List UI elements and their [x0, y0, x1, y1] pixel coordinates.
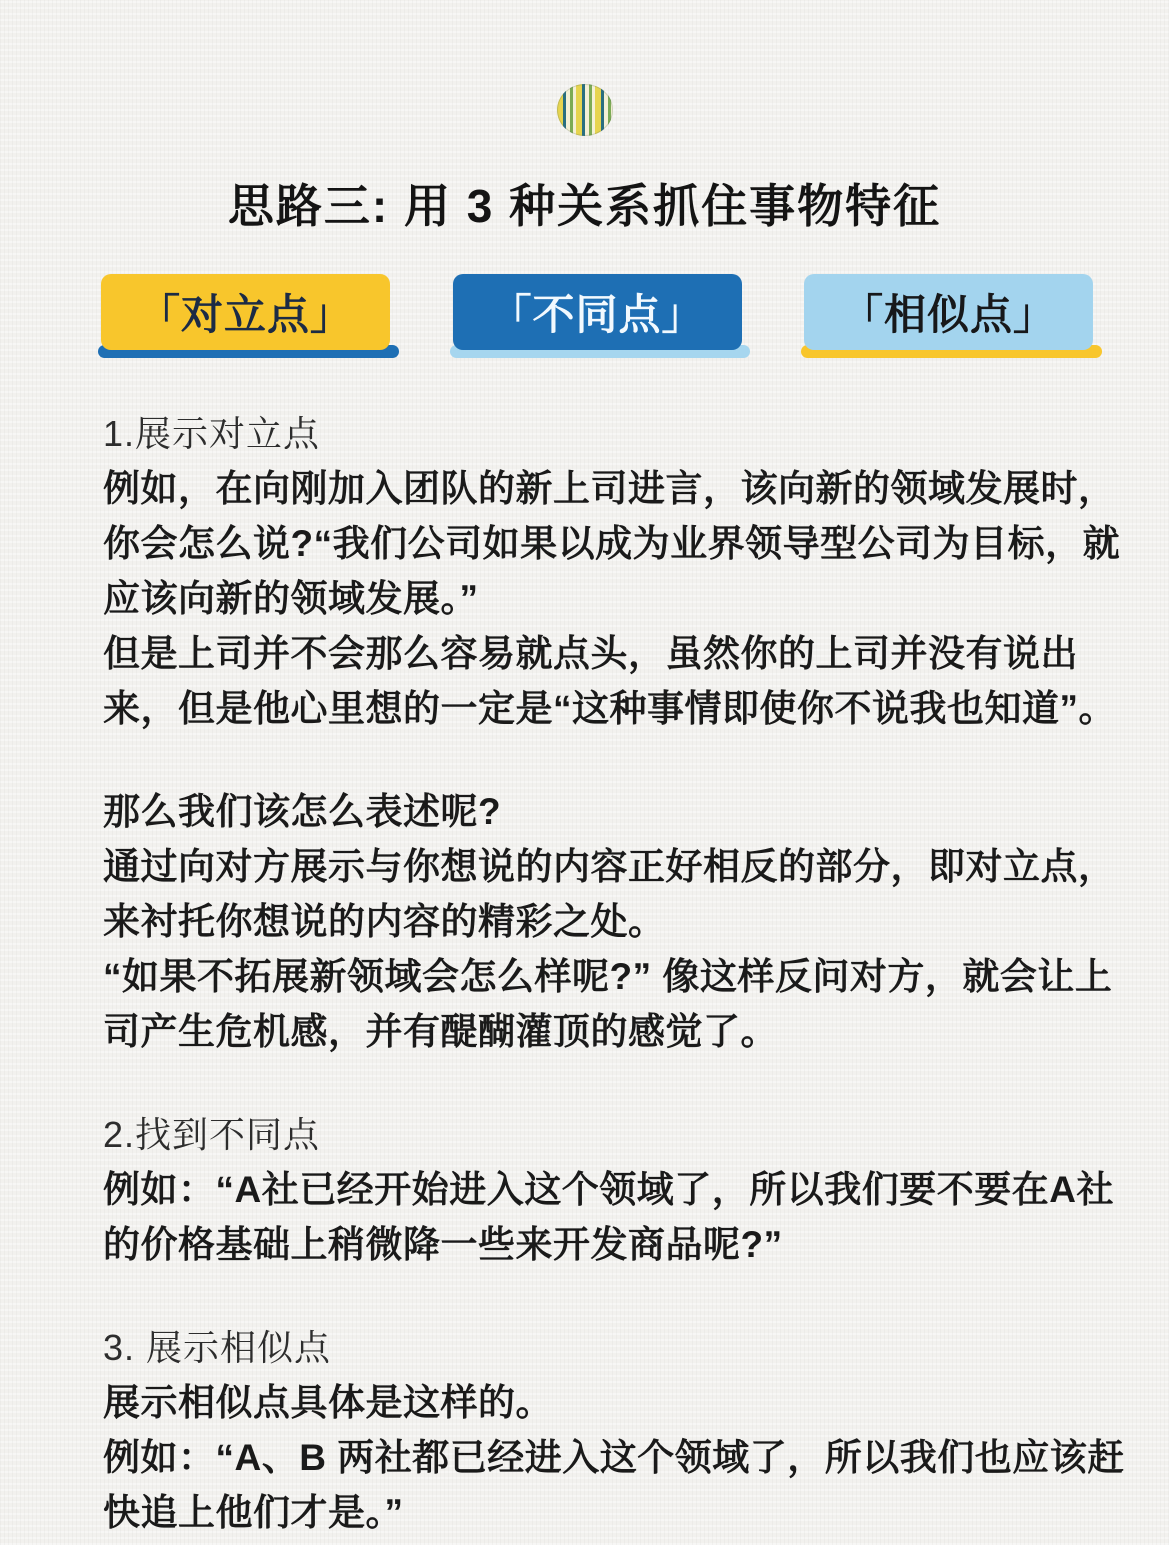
text-line: 来，但是他心里想的一定是“这种事情即使你不说我也知道”。 — [103, 681, 1084, 736]
text-line: 司产生危机感，并有醍醐灌顶的感觉了。 — [103, 1004, 1084, 1059]
page-title: 思路三: 用 3 种关系抓住事物特征 — [0, 170, 1169, 236]
section-3-similarity-points: 3. 展示相似点展示相似点具体是这样的。例如：“A、B 两社都已经进入这个领域了… — [103, 1320, 1084, 1540]
paragraph: 那么我们该怎么表述呢?通过向对方展示与你想说的内容正好相反的部分，即对立点，来衬… — [103, 784, 1084, 1059]
text-line: 但是上司并不会那么容易就点头，虽然你的上司并没有说出 — [103, 626, 1084, 681]
article-body: 1.展示对立点例如，在向刚加入团队的新上司进言，该向新的领域发展时，你会怎么说?… — [103, 406, 1084, 1540]
similarity-point-chip: 「相似点」 — [804, 274, 1093, 358]
section-1-opposite-points: 1.展示对立点例如，在向刚加入团队的新上司进言，该向新的领域发展时，你会怎么说?… — [103, 406, 1084, 1059]
text-line: 例如，在向刚加入团队的新上司进言，该向新的领域发展时， — [103, 461, 1084, 516]
relation-chips-row: 「对立点」「不同点」「相似点」 — [101, 274, 1093, 358]
section-3-similarity-points-heading: 3. 展示相似点 — [103, 1320, 1084, 1375]
paragraph: 展示相似点具体是这样的。例如：“A、B 两社都已经进入这个领域了，所以我们也应该… — [103, 1375, 1084, 1540]
paragraph: 例如：“A社已经开始进入这个领域了，所以我们要不要在A社的价格基础上稍微降一些来… — [103, 1162, 1084, 1272]
text-line: 应该向新的领域发展。” — [103, 571, 1084, 626]
opposite-point-chip: 「对立点」 — [101, 274, 390, 358]
text-line: 来衬托你想说的内容的精彩之处。 — [103, 894, 1084, 949]
section-2-difference-points: 2.找到不同点例如：“A社已经开始进入这个领域了，所以我们要不要在A社的价格基础… — [103, 1107, 1084, 1272]
difference-point-chip-label: 「不同点」 — [453, 274, 742, 350]
text-line: 例如：“A、B 两社都已经进入这个领域了，所以我们也应该赶 — [103, 1430, 1084, 1485]
poster-page: 思路三: 用 3 种关系抓住事物特征 「对立点」「不同点」「相似点」 1.展示对… — [0, 0, 1169, 1545]
section-2-difference-points-heading: 2.找到不同点 — [103, 1107, 1084, 1162]
text-line: 通过向对方展示与你想说的内容正好相反的部分，即对立点， — [103, 839, 1084, 894]
difference-point-chip: 「不同点」 — [453, 274, 742, 358]
text-line: 例如：“A社已经开始进入这个领域了，所以我们要不要在A社 — [103, 1162, 1084, 1217]
opposite-point-chip-label: 「对立点」 — [101, 274, 390, 350]
text-line: “如果不拓展新领域会怎么样呢?” 像这样反问对方，就会让上 — [103, 949, 1084, 1004]
text-line: 那么我们该怎么表述呢? — [103, 784, 1084, 839]
text-line: 展示相似点具体是这样的。 — [103, 1375, 1084, 1430]
striped-circle-logo — [557, 84, 613, 136]
section-1-opposite-points-heading: 1.展示对立点 — [103, 406, 1084, 461]
paragraph: 例如，在向刚加入团队的新上司进言，该向新的领域发展时，你会怎么说?“我们公司如果… — [103, 461, 1084, 736]
text-line: 你会怎么说?“我们公司如果以成为业界领导型公司为目标，就 — [103, 516, 1084, 571]
similarity-point-chip-label: 「相似点」 — [804, 274, 1093, 350]
text-line: 快追上他们才是。” — [103, 1485, 1084, 1540]
text-line: 的价格基础上稍微降一些来开发商品呢?” — [103, 1217, 1084, 1272]
